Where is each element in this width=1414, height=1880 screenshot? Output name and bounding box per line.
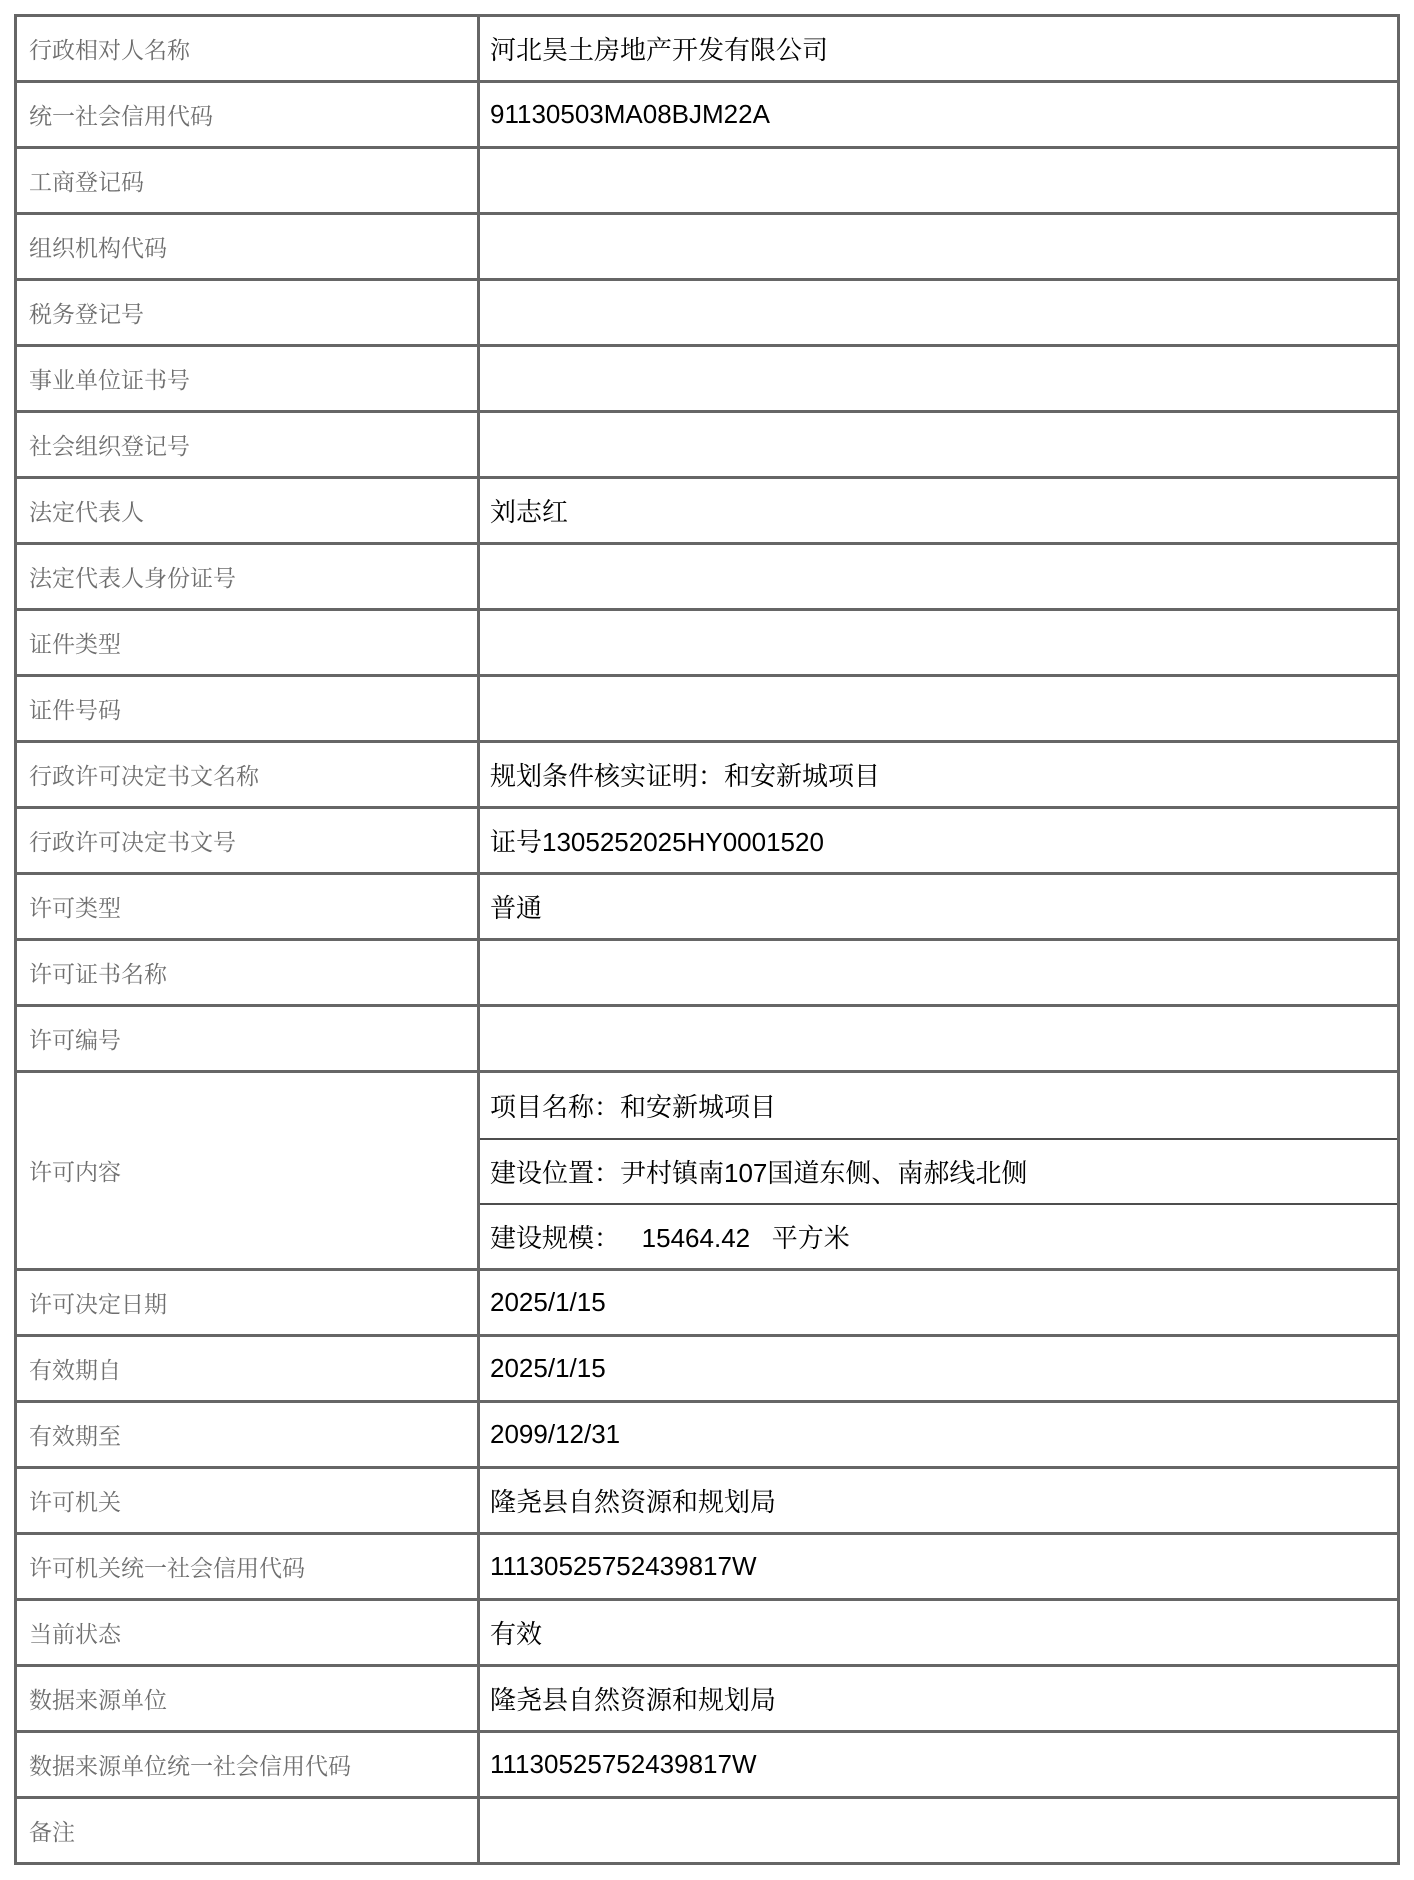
row-label: 当前状态 — [16, 1600, 479, 1666]
row-label: 行政相对人名称 — [16, 16, 479, 82]
row-label: 许可证书名称 — [16, 940, 479, 1006]
row-value: 11130525752439817W — [479, 1732, 1399, 1798]
table-row: 证件号码 — [16, 676, 1399, 742]
row-label: 行政许可决定书文名称 — [16, 742, 479, 808]
table-row: 统一社会信用代码91130503MA08BJM22A — [16, 82, 1399, 148]
table-row: 法定代表人身份证号 — [16, 544, 1399, 610]
row-value-line: 建设位置：尹村镇南107国道东侧、南郝线北侧 — [480, 1138, 1397, 1203]
table-row: 税务登记号 — [16, 280, 1399, 346]
row-value — [479, 544, 1399, 610]
row-label: 证件号码 — [16, 676, 479, 742]
table-row: 数据来源单位隆尧县自然资源和规划局 — [16, 1666, 1399, 1732]
row-label: 有效期自 — [16, 1336, 479, 1402]
row-label: 许可内容 — [16, 1072, 479, 1270]
table-row: 工商登记码 — [16, 148, 1399, 214]
table-row: 行政许可决定书文名称规划条件核实证明：和安新城项目 — [16, 742, 1399, 808]
row-value — [479, 148, 1399, 214]
row-label: 统一社会信用代码 — [16, 82, 479, 148]
row-value: 隆尧县自然资源和规划局 — [479, 1468, 1399, 1534]
table-row: 有效期至2099/12/31 — [16, 1402, 1399, 1468]
row-value: 91130503MA08BJM22A — [479, 82, 1399, 148]
row-value: 11130525752439817W — [479, 1534, 1399, 1600]
row-value: 2025/1/15 — [479, 1270, 1399, 1336]
table-row: 法定代表人刘志红 — [16, 478, 1399, 544]
table-row: 许可决定日期2025/1/15 — [16, 1270, 1399, 1336]
license-record-table: 行政相对人名称河北昊土房地产开发有限公司统一社会信用代码91130503MA08… — [14, 14, 1400, 1865]
table-row: 许可机关隆尧县自然资源和规划局 — [16, 1468, 1399, 1534]
table-row: 备注 — [16, 1798, 1399, 1864]
table-row: 许可内容项目名称：和安新城项目建设位置：尹村镇南107国道东侧、南郝线北侧建设规… — [16, 1072, 1399, 1270]
row-value — [479, 940, 1399, 1006]
table-row: 许可编号 — [16, 1006, 1399, 1072]
row-value: 有效 — [479, 1600, 1399, 1666]
row-label: 行政许可决定书文号 — [16, 808, 479, 874]
row-label: 许可编号 — [16, 1006, 479, 1072]
row-value-line: 项目名称：和安新城项目 — [480, 1073, 1397, 1138]
row-value: 2099/12/31 — [479, 1402, 1399, 1468]
row-label: 数据来源单位 — [16, 1666, 479, 1732]
row-label: 许可类型 — [16, 874, 479, 940]
table-row: 许可机关统一社会信用代码11130525752439817W — [16, 1534, 1399, 1600]
row-label: 组织机构代码 — [16, 214, 479, 280]
row-label: 税务登记号 — [16, 280, 479, 346]
table-row: 行政许可决定书文号证号1305252025HY0001520 — [16, 808, 1399, 874]
row-label: 许可机关 — [16, 1468, 479, 1534]
row-value: 规划条件核实证明：和安新城项目 — [479, 742, 1399, 808]
table-row: 事业单位证书号 — [16, 346, 1399, 412]
row-value: 刘志红 — [479, 478, 1399, 544]
row-value — [479, 214, 1399, 280]
row-label: 备注 — [16, 1798, 479, 1864]
row-label: 许可机关统一社会信用代码 — [16, 1534, 479, 1600]
row-value — [479, 676, 1399, 742]
row-value — [479, 412, 1399, 478]
table-row: 行政相对人名称河北昊土房地产开发有限公司 — [16, 16, 1399, 82]
row-value — [479, 1798, 1399, 1864]
row-label: 数据来源单位统一社会信用代码 — [16, 1732, 479, 1798]
row-value: 项目名称：和安新城项目建设位置：尹村镇南107国道东侧、南郝线北侧建设规模： 1… — [479, 1072, 1399, 1270]
row-value: 2025/1/15 — [479, 1336, 1399, 1402]
table-row: 当前状态有效 — [16, 1600, 1399, 1666]
row-label: 法定代表人身份证号 — [16, 544, 479, 610]
row-label: 工商登记码 — [16, 148, 479, 214]
table-row: 证件类型 — [16, 610, 1399, 676]
row-label: 事业单位证书号 — [16, 346, 479, 412]
row-value — [479, 610, 1399, 676]
row-value-line: 建设规模： 15464.42 平方米 — [480, 1203, 1397, 1268]
row-value: 隆尧县自然资源和规划局 — [479, 1666, 1399, 1732]
table-row: 许可类型普通 — [16, 874, 1399, 940]
row-value — [479, 1006, 1399, 1072]
row-label: 法定代表人 — [16, 478, 479, 544]
table-row: 数据来源单位统一社会信用代码11130525752439817W — [16, 1732, 1399, 1798]
row-label: 许可决定日期 — [16, 1270, 479, 1336]
row-value: 河北昊土房地产开发有限公司 — [479, 16, 1399, 82]
table-row: 组织机构代码 — [16, 214, 1399, 280]
table-row: 社会组织登记号 — [16, 412, 1399, 478]
row-value — [479, 346, 1399, 412]
row-value: 证号1305252025HY0001520 — [479, 808, 1399, 874]
row-value: 普通 — [479, 874, 1399, 940]
row-value — [479, 280, 1399, 346]
table-row: 有效期自2025/1/15 — [16, 1336, 1399, 1402]
table-row: 许可证书名称 — [16, 940, 1399, 1006]
row-label: 证件类型 — [16, 610, 479, 676]
row-label: 有效期至 — [16, 1402, 479, 1468]
row-label: 社会组织登记号 — [16, 412, 479, 478]
license-table-body: 行政相对人名称河北昊土房地产开发有限公司统一社会信用代码91130503MA08… — [16, 16, 1399, 1864]
